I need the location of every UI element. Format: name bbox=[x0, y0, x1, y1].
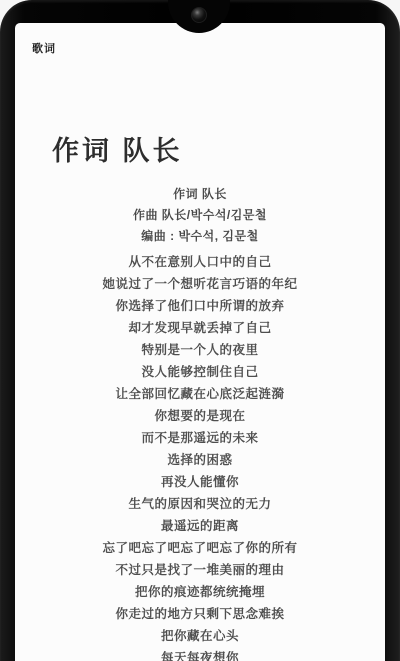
lyric-line: 特别是一个人的夜里 bbox=[15, 339, 385, 361]
lyric-line: 生气的原因和哭泣的无力 bbox=[15, 493, 385, 515]
lyric-line: 不过只是找了一堆美丽的理由 bbox=[15, 559, 385, 581]
lyric-line: 你想要的是现在 bbox=[15, 405, 385, 427]
lyric-line: 却才发现早就丢掉了自己 bbox=[15, 317, 385, 339]
phone-frame: 歌词 作词 队长 作词 队长作曲 队长/박수석/김문철编曲 : 박수석, 김문철… bbox=[0, 0, 400, 661]
lyric-line: 再没人能懂你 bbox=[15, 471, 385, 493]
lyric-line: 把你藏在心头 bbox=[15, 625, 385, 647]
lyrics-header-label: 歌词 bbox=[32, 40, 56, 56]
lyric-line: 忘了吧忘了吧忘了吧忘了你的所有 bbox=[15, 537, 385, 559]
page-title: 作词 队长 bbox=[52, 129, 183, 168]
credit-line: 作词 队长 bbox=[15, 184, 385, 205]
lyric-line: 最遥远的距离 bbox=[15, 515, 385, 537]
front-camera-icon bbox=[191, 7, 207, 23]
lyrics-scroll-area[interactable]: 从不在意别人口中的自己她说过了一个想听花言巧语的年纪你选择了他们口中所谓的放弃却… bbox=[15, 251, 385, 661]
song-credits: 作词 队长作曲 队长/박수석/김문철编曲 : 박수석, 김문철 bbox=[15, 184, 385, 247]
page: 歌词 作词 队长 作词 队长作曲 队长/박수석/김문철编曲 : 박수석, 김문철… bbox=[0, 0, 400, 661]
lyric-line: 你走过的地方只剩下思念难挨 bbox=[15, 603, 385, 625]
lyric-line: 每天每夜想你 bbox=[15, 647, 385, 661]
lyric-line: 而不是那遥远的未来 bbox=[15, 427, 385, 449]
lyric-line: 把你的痕迹都统统掩埋 bbox=[15, 581, 385, 603]
credit-line: 编曲 : 박수석, 김문철 bbox=[15, 226, 385, 247]
lyric-line: 你选择了他们口中所谓的放弃 bbox=[15, 295, 385, 317]
lyric-line: 没人能够控制住自己 bbox=[15, 361, 385, 383]
lyric-line: 选择的困惑 bbox=[15, 449, 385, 471]
lyric-line: 从不在意别人口中的自己 bbox=[15, 251, 385, 273]
lyric-line: 她说过了一个想听花言巧语的年纪 bbox=[15, 273, 385, 295]
credit-line: 作曲 队长/박수석/김문철 bbox=[15, 205, 385, 226]
phone-screen: 歌词 作词 队长 作词 队长作曲 队长/박수석/김문철编曲 : 박수석, 김문철… bbox=[15, 23, 385, 661]
lyric-line: 让全部回忆藏在心底泛起涟漪 bbox=[15, 383, 385, 405]
